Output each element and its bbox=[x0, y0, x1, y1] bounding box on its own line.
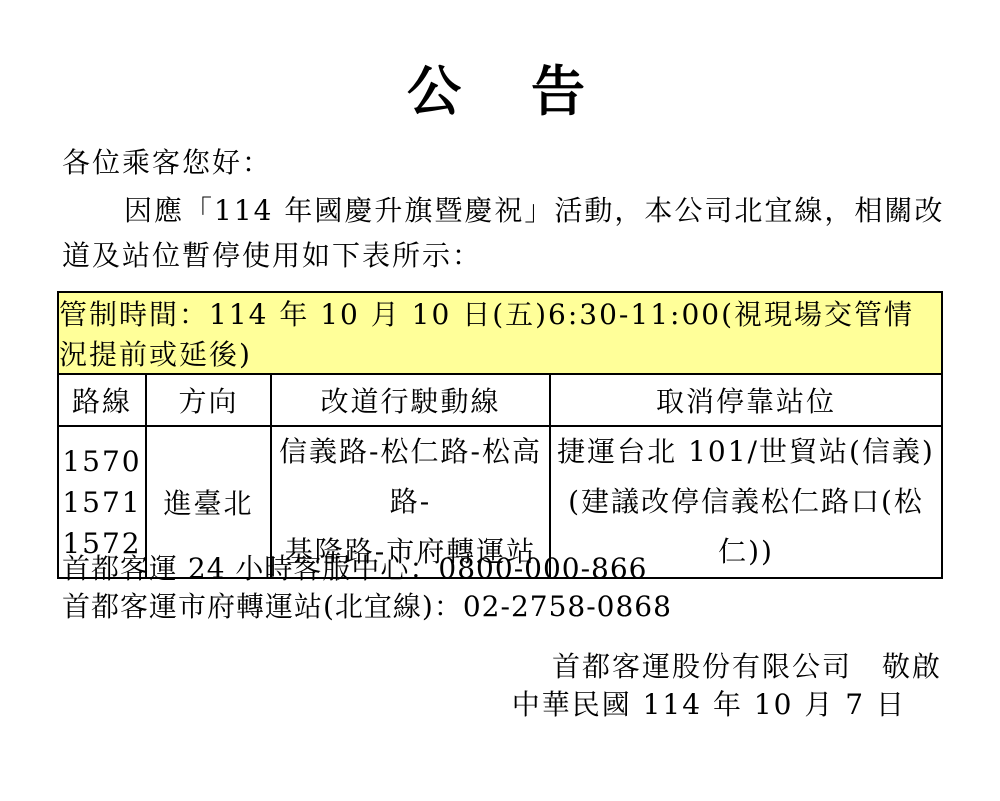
detour-table: 管制時間：114 年 10 月 10 日(五)6:30-11:00(視現場交管情… bbox=[57, 291, 943, 579]
company-signature: 首都客運股份有限公司 敬啟 bbox=[512, 648, 942, 686]
contact-info: 首都客運 24 小時客服中心：0800-000-866 首都客運市府轉運站(北宜… bbox=[62, 550, 672, 626]
col-header-detour: 改道行駛動線 bbox=[271, 374, 550, 426]
col-header-cancelled-stop: 取消停靠站位 bbox=[550, 374, 942, 426]
table-header-row: 路線 方向 改道行駛動線 取消停靠站位 bbox=[58, 374, 942, 426]
notice-paragraph: 因應「114 年國慶升旗暨慶祝」活動，本公司北宜線，相關改 道及站位暫停使用如下… bbox=[62, 188, 946, 278]
paragraph-line-2: 道及站位暫停使用如下表所示： bbox=[62, 233, 946, 278]
signature-date: 中華民國 114 年 10 月 7 日 bbox=[512, 686, 906, 724]
control-time-row: 管制時間：114 年 10 月 10 日(五)6:30-11:00(視現場交管情… bbox=[58, 292, 942, 374]
control-time-banner: 管制時間：114 年 10 月 10 日(五)6:30-11:00(視現場交管情… bbox=[58, 292, 942, 374]
col-header-route: 路線 bbox=[58, 374, 146, 426]
contact-line-station: 首都客運市府轉運站(北宜線)：02-2758-0868 bbox=[62, 588, 672, 626]
signature-block: 首都客運股份有限公司 敬啟 中華民國 114 年 10 月 7 日 bbox=[512, 648, 942, 724]
greeting-line: 各位乘客您好： bbox=[62, 146, 272, 180]
cancelled-stop-line: 捷運台北 101/世貿站(信義) bbox=[551, 427, 941, 477]
detour-line: 信義路-松仁路-松高路- bbox=[272, 427, 549, 527]
col-header-direction: 方向 bbox=[146, 374, 271, 426]
notice-page: 公 告 各位乘客您好： 因應「114 年國慶升旗暨慶祝」活動，本公司北宜線，相關… bbox=[0, 0, 1000, 801]
route-number: 1571 bbox=[59, 482, 145, 523]
contact-line-hotline: 首都客運 24 小時客服中心：0800-000-866 bbox=[62, 550, 672, 588]
paragraph-line-1: 因應「114 年國慶升旗暨慶祝」活動，本公司北宜線，相關改 bbox=[62, 188, 946, 233]
route-number: 1570 bbox=[59, 441, 145, 482]
page-title: 公 告 bbox=[0, 58, 1000, 124]
